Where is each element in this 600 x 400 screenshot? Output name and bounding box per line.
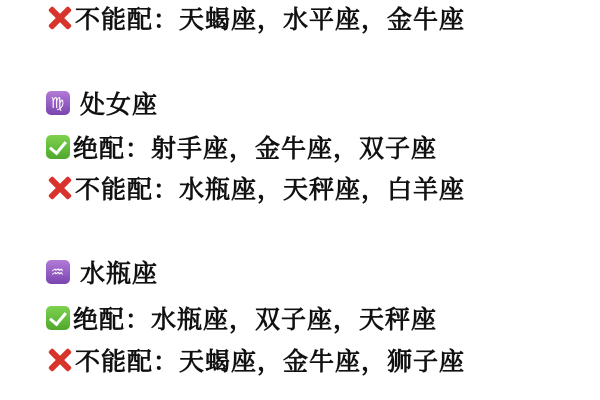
incompatible-line: 不能配：天蝎座，水平座，金牛座 (46, 0, 465, 36)
incompatible-line: 不能配：水瓶座，天秤座，白羊座 (46, 170, 465, 206)
best-match-text: 绝配：射手座，金牛座，双子座 (73, 129, 437, 165)
incompatible-text: 不能配：水瓶座，天秤座，白羊座 (75, 170, 465, 206)
best-match-text: 绝配：水瓶座，双子座，天秤座 (73, 300, 437, 336)
incompatible-line: 不能配：天蝎座，金牛座，狮子座 (46, 342, 465, 378)
best-match-line: 绝配：射手座，金牛座，双子座 (46, 129, 437, 165)
check-mark-icon (46, 135, 70, 159)
virgo-sign-icon: ♍ (46, 91, 70, 115)
section-header-aquarius: ♒ 水瓶座 (46, 254, 158, 290)
incompatible-text: 不能配：天蝎座，水平座，金牛座 (75, 0, 465, 36)
best-match-line: 绝配：水瓶座，双子座，天秤座 (46, 300, 437, 336)
incompatible-text: 不能配：天蝎座，金牛座，狮子座 (75, 342, 465, 378)
cross-mark-icon (46, 175, 72, 201)
check-mark-icon (46, 306, 70, 330)
aquarius-sign-icon: ♒ (46, 260, 70, 284)
section-title: 水瓶座 (80, 254, 158, 290)
cross-mark-icon (46, 5, 72, 31)
section-header-virgo: ♍ 处女座 (46, 85, 158, 121)
section-title: 处女座 (80, 85, 158, 121)
cross-mark-icon (46, 347, 72, 373)
